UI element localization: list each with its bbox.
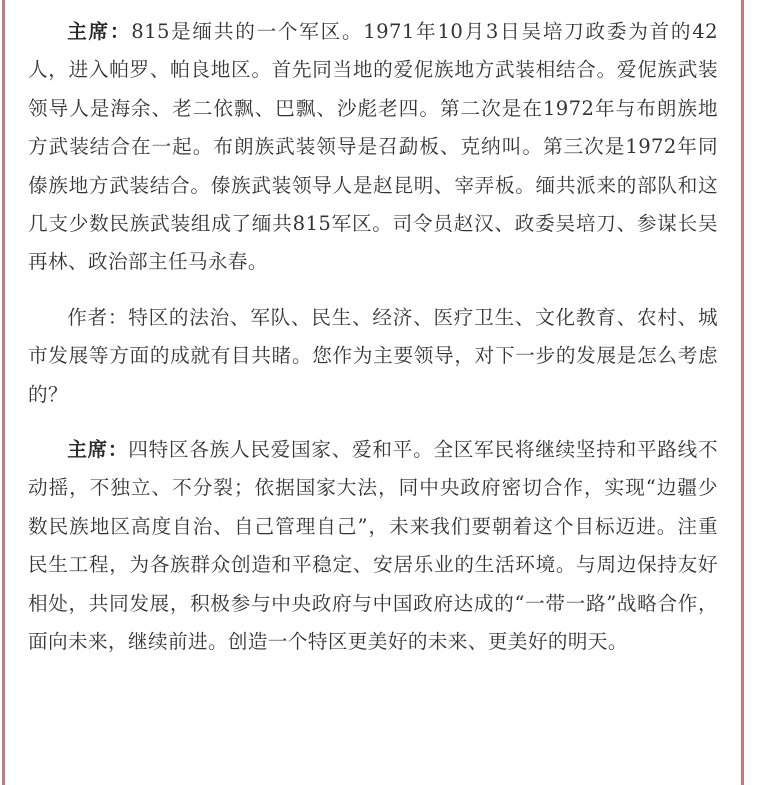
paragraph-chairman-2: 主席：四特区各族人民爱国家、爱和平。全区军民将继续坚持和平路线不动摇，不独立、不… [28, 431, 718, 661]
paragraph-text: 四特区各族人民爱国家、爱和平。全区军民将继续坚持和平路线不动摇，不独立、不分裂；… [28, 438, 718, 653]
paragraph-chairman-1: 主席：815是缅共的一个军区。1971年10月3日吴培刀政委为首的42人，进入帕… [28, 13, 718, 282]
document-body: 主席：815是缅共的一个军区。1971年10月3日吴培刀政委为首的42人，进入帕… [28, 13, 718, 679]
paragraph-author-question: 作者：特区的法治、军队、民生、经济、医疗卫生、文化教育、农村、城市发展等方面的成… [28, 299, 718, 414]
paragraph-text: 815是缅共的一个军区。1971年10月3日吴培刀政委为首的42人，进入帕罗、帕… [28, 20, 718, 273]
document-page: 主席：815是缅共的一个军区。1971年10月3日吴培刀政委为首的42人，进入帕… [2, 0, 744, 785]
paragraph-text: 特区的法治、军队、民生、经济、医疗卫生、文化教育、农村、城市发展等方面的成就有目… [28, 306, 718, 406]
speaker-label: 主席： [67, 20, 131, 43]
speaker-label: 作者： [67, 306, 128, 329]
speaker-label: 主席： [67, 438, 128, 461]
